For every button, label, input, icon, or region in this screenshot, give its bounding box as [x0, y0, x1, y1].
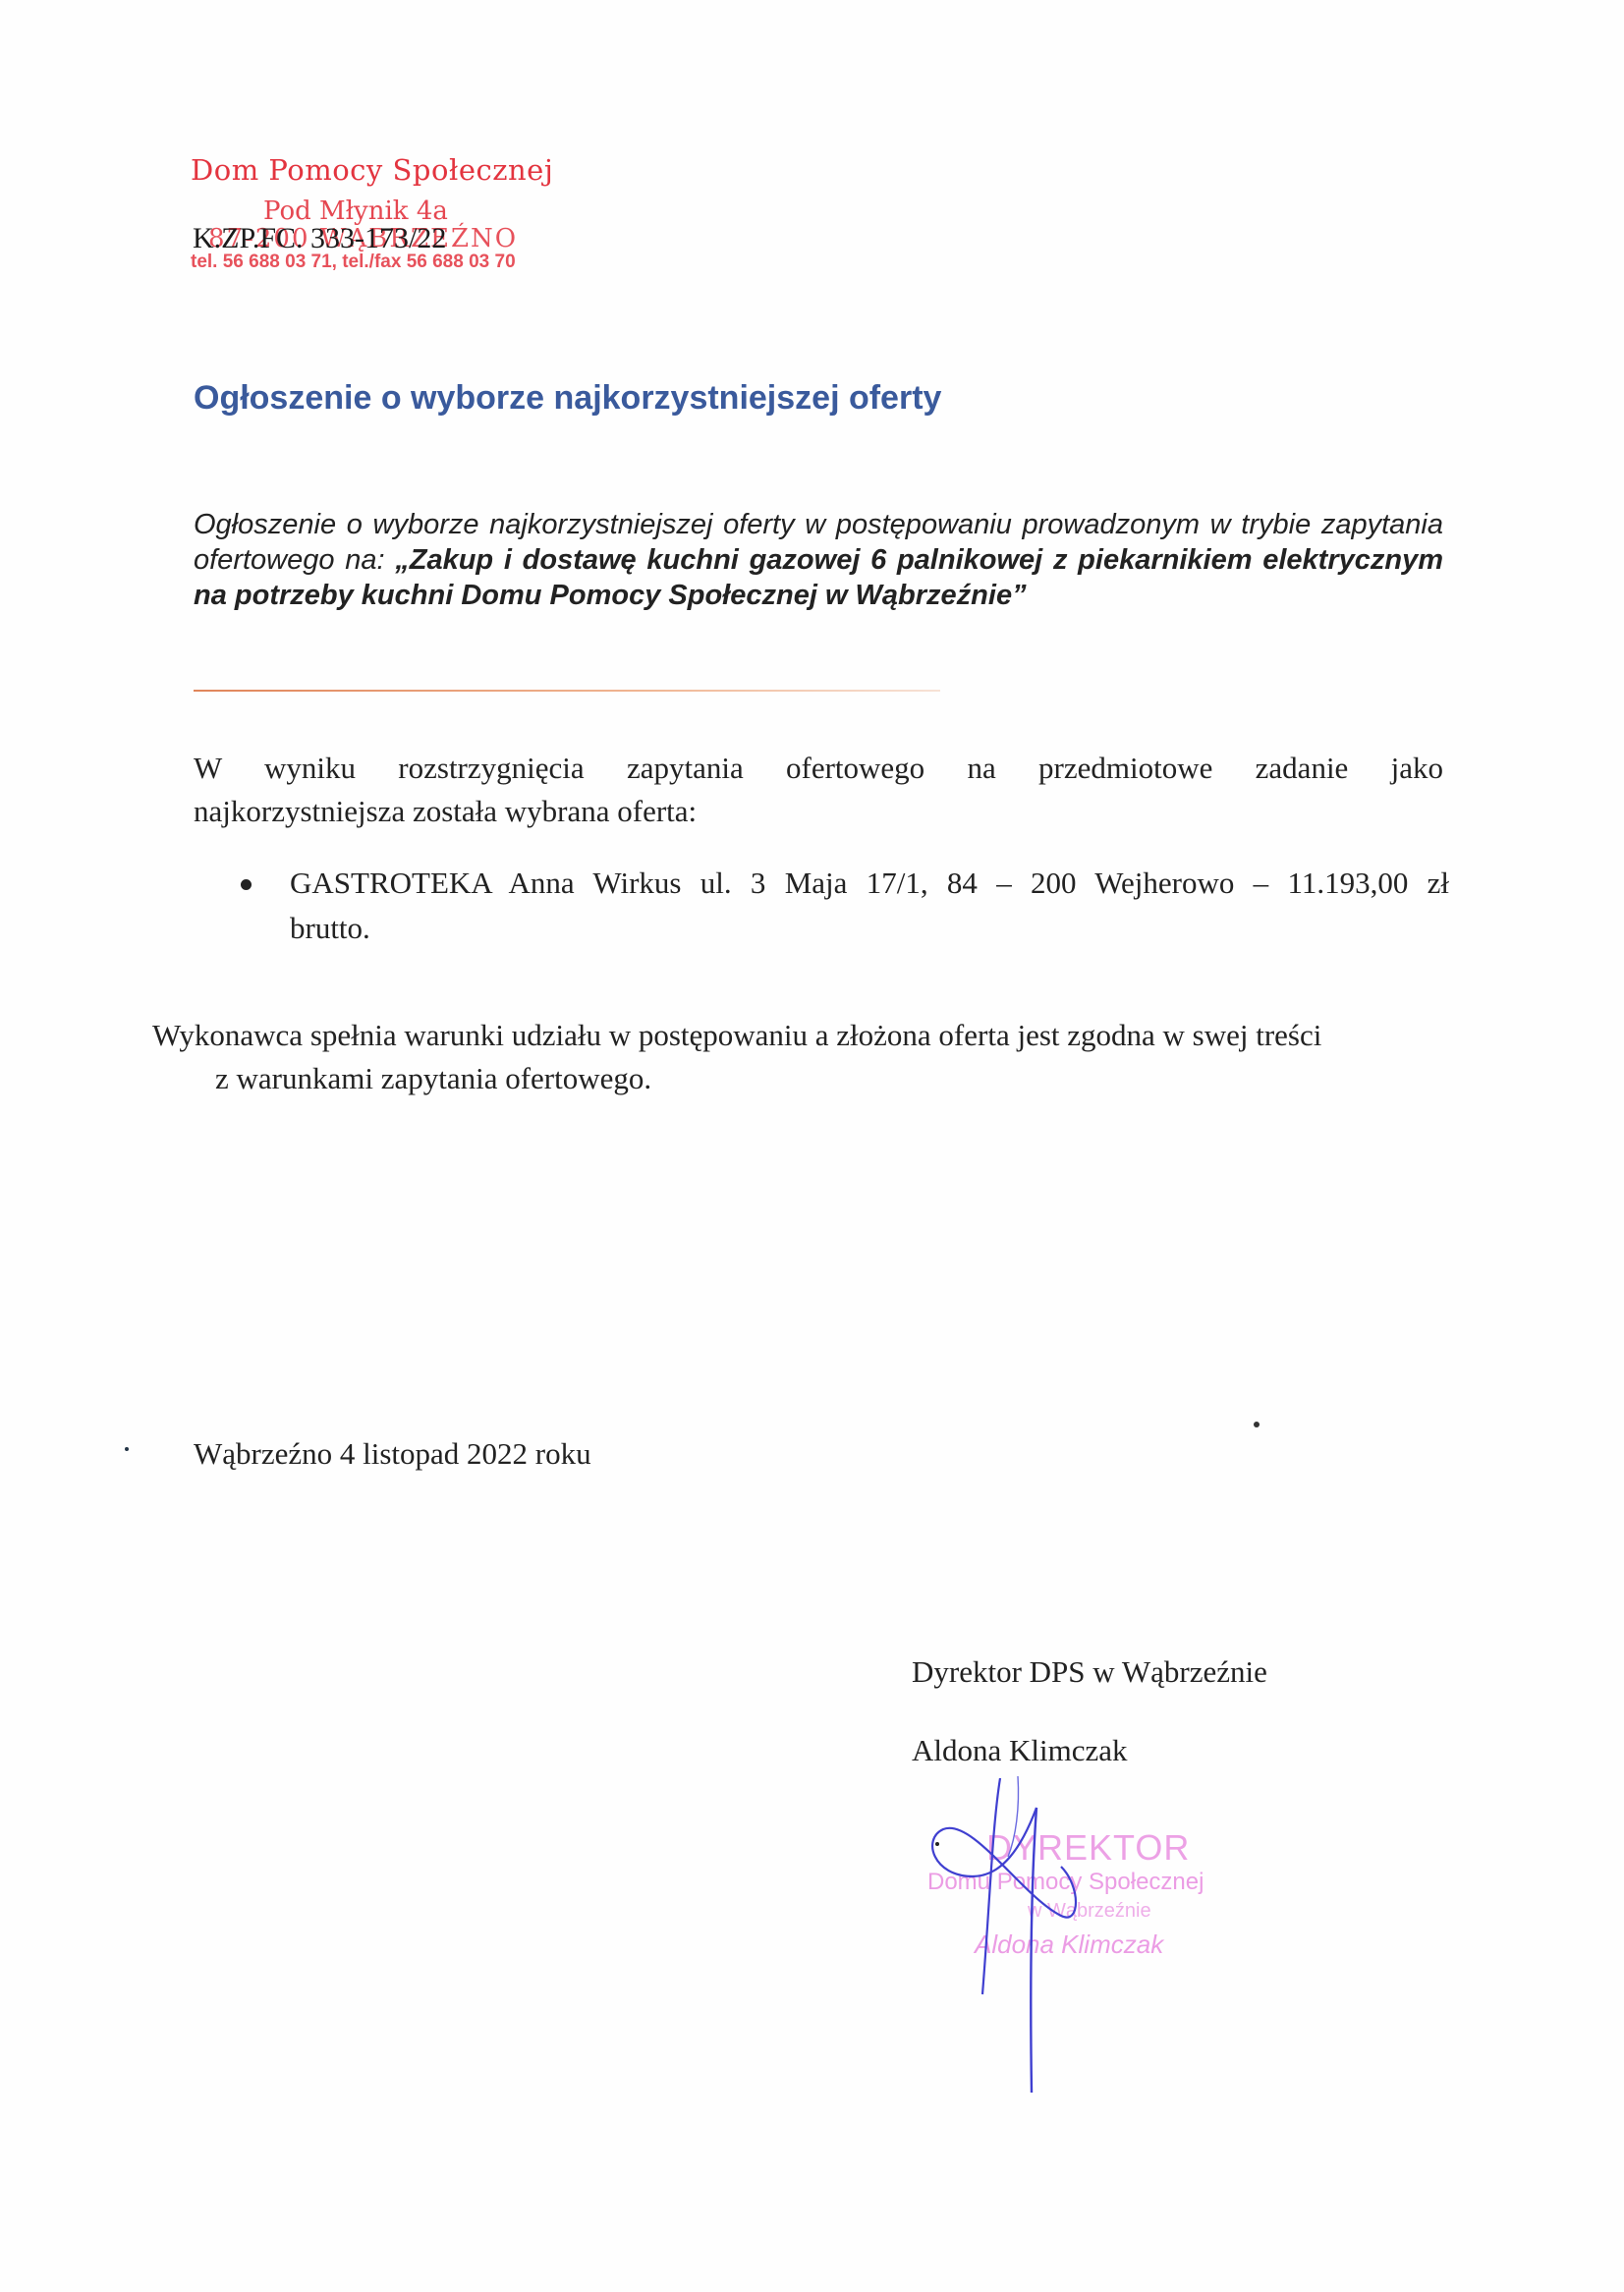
- compliance-line-2: z warunkami zapytania ofertowego.: [152, 1057, 1449, 1100]
- scan-speck: [1254, 1422, 1260, 1427]
- signer-title: Dyrektor DPS w Wąbrzeźnie: [912, 1654, 1267, 1690]
- signer-name: Aldona Klimczak: [912, 1733, 1128, 1768]
- scan-speck: [125, 1447, 129, 1451]
- document-page: Dom Pomocy Społecznej Pod Młynik 4a 87-2…: [0, 0, 1624, 2292]
- list-item: GASTROTEKA Anna Wirkus ul. 3 Maja 17/1, …: [241, 861, 1449, 951]
- document-title: Ogłoszenie o wyborze najkorzystniejszej …: [194, 379, 941, 418]
- selected-offers-list: GASTROTEKA Anna Wirkus ul. 3 Maja 17/1, …: [241, 861, 1449, 951]
- compliance-line-1: Wykonawca spełnia warunki udziału w post…: [152, 1018, 1321, 1052]
- result-line-2: najkorzystniejsza została wybrana oferta…: [194, 794, 697, 828]
- offer-line-2: brutto.: [290, 911, 370, 945]
- bullet-icon: [241, 879, 252, 890]
- result-line-1: W wyniku rozstrzygnięcia zapytania ofert…: [194, 747, 1443, 790]
- offer-text: GASTROTEKA Anna Wirkus ul. 3 Maja 17/1, …: [290, 861, 1449, 951]
- compliance-paragraph: Wykonawca spełnia warunki udziału w post…: [152, 1014, 1449, 1100]
- handwritten-signature-icon: [914, 1768, 1208, 2102]
- date-place: Wąbrzeźno 4 listopad 2022 roku: [194, 1436, 591, 1472]
- institution-stamp: Dom Pomocy Społecznej Pod Młynik 4a 87-2…: [187, 147, 580, 285]
- offer-line-1: GASTROTEKA Anna Wirkus ul. 3 Maja 17/1, …: [290, 861, 1449, 906]
- separator-line: [194, 690, 940, 692]
- result-paragraph: W wyniku rozstrzygnięcia zapytania ofert…: [194, 747, 1443, 833]
- stamp-institution-name: Dom Pomocy Społecznej: [191, 153, 553, 187]
- reference-number: K.ZP.FC. 333-173/22: [193, 222, 446, 255]
- intro-paragraph: Ogłoszenie o wyborze najkorzystniejszej …: [194, 507, 1443, 613]
